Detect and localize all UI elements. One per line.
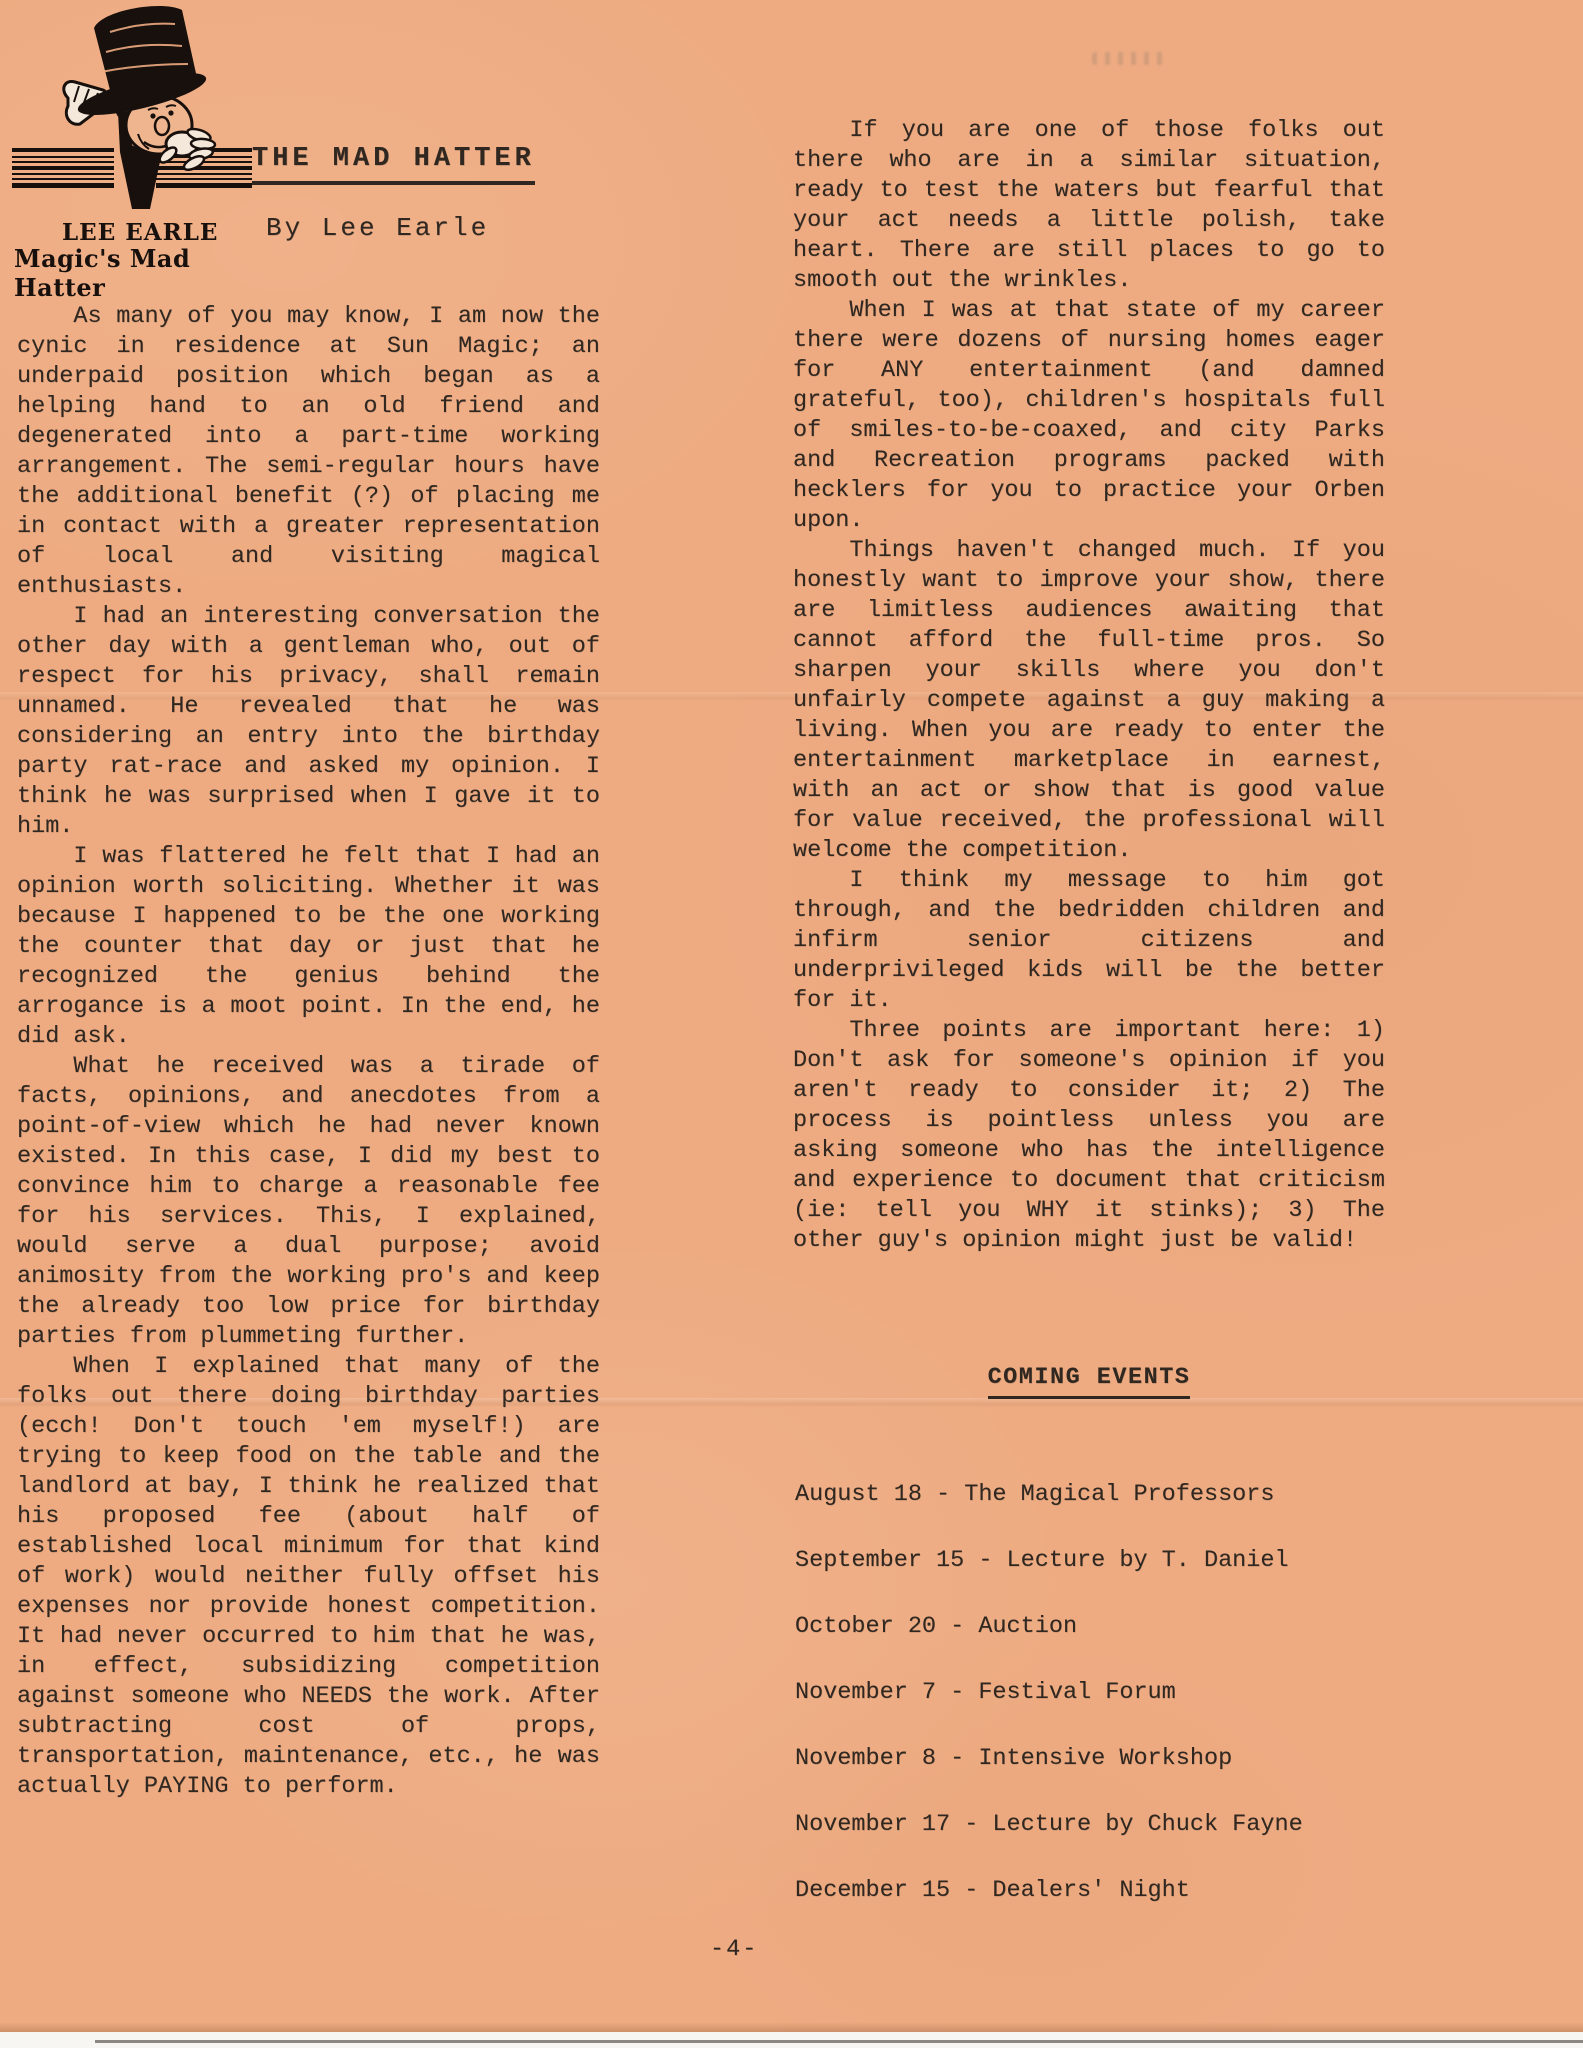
paragraph: Things haven't changed much. If you hone…	[793, 536, 1385, 866]
coming-events-heading: COMING EVENTS	[793, 1364, 1385, 1399]
right-column: If you are one of those folks out there …	[793, 116, 1385, 1256]
mad-hatter-icon	[10, 2, 260, 217]
scanned-newsletter-page: LEE EARLE Magic's Mad Hatter THE MAD HAT…	[0, 0, 1583, 2048]
paragraph: I think my message to him got through, a…	[793, 866, 1385, 1016]
paper-bottom-edge	[0, 2022, 1583, 2032]
article-byline: By Lee Earle	[266, 213, 489, 243]
event-item: August 18 - The Magical Professors	[795, 1480, 1555, 1510]
logo-name: LEE EARLE	[62, 219, 218, 246]
coming-events-list: August 18 - The Magical Professors Septe…	[795, 1480, 1555, 1942]
event-item: September 15 - Lecture by T. Daniel	[795, 1546, 1555, 1576]
paragraph: I was flattered he felt that I had an op…	[17, 842, 600, 1052]
event-item: December 15 - Dealers' Night	[795, 1876, 1555, 1906]
left-column: As many of you may know, I am now the cy…	[17, 302, 600, 1802]
event-item: November 17 - Lecture by Chuck Fayne	[795, 1810, 1555, 1840]
logo-tagline: Magic's Mad Hatter	[14, 244, 260, 302]
article-title: THE MAD HATTER	[252, 144, 535, 185]
paragraph: As many of you may know, I am now the cy…	[17, 302, 600, 602]
scanner-edge-line	[95, 2040, 1583, 2043]
pencil-smudge	[1092, 52, 1170, 65]
paragraph: If you are one of those folks out there …	[793, 116, 1385, 296]
paragraph: When I was at that state of my career th…	[793, 296, 1385, 536]
mad-hatter-logo: LEE EARLE Magic's Mad Hatter	[10, 2, 260, 270]
event-item: November 7 - Festival Forum	[795, 1678, 1555, 1708]
paragraph: When I explained that many of the folks …	[17, 1352, 600, 1802]
paragraph: Three points are important here: 1) Don'…	[793, 1016, 1385, 1256]
page-number: -4-	[710, 1936, 758, 1963]
event-item: October 20 - Auction	[795, 1612, 1555, 1642]
paragraph: What he received was a tirade of facts, …	[17, 1052, 600, 1352]
event-item: November 8 - Intensive Workshop	[795, 1744, 1555, 1774]
paragraph: I had an interesting conversation the ot…	[17, 602, 600, 842]
